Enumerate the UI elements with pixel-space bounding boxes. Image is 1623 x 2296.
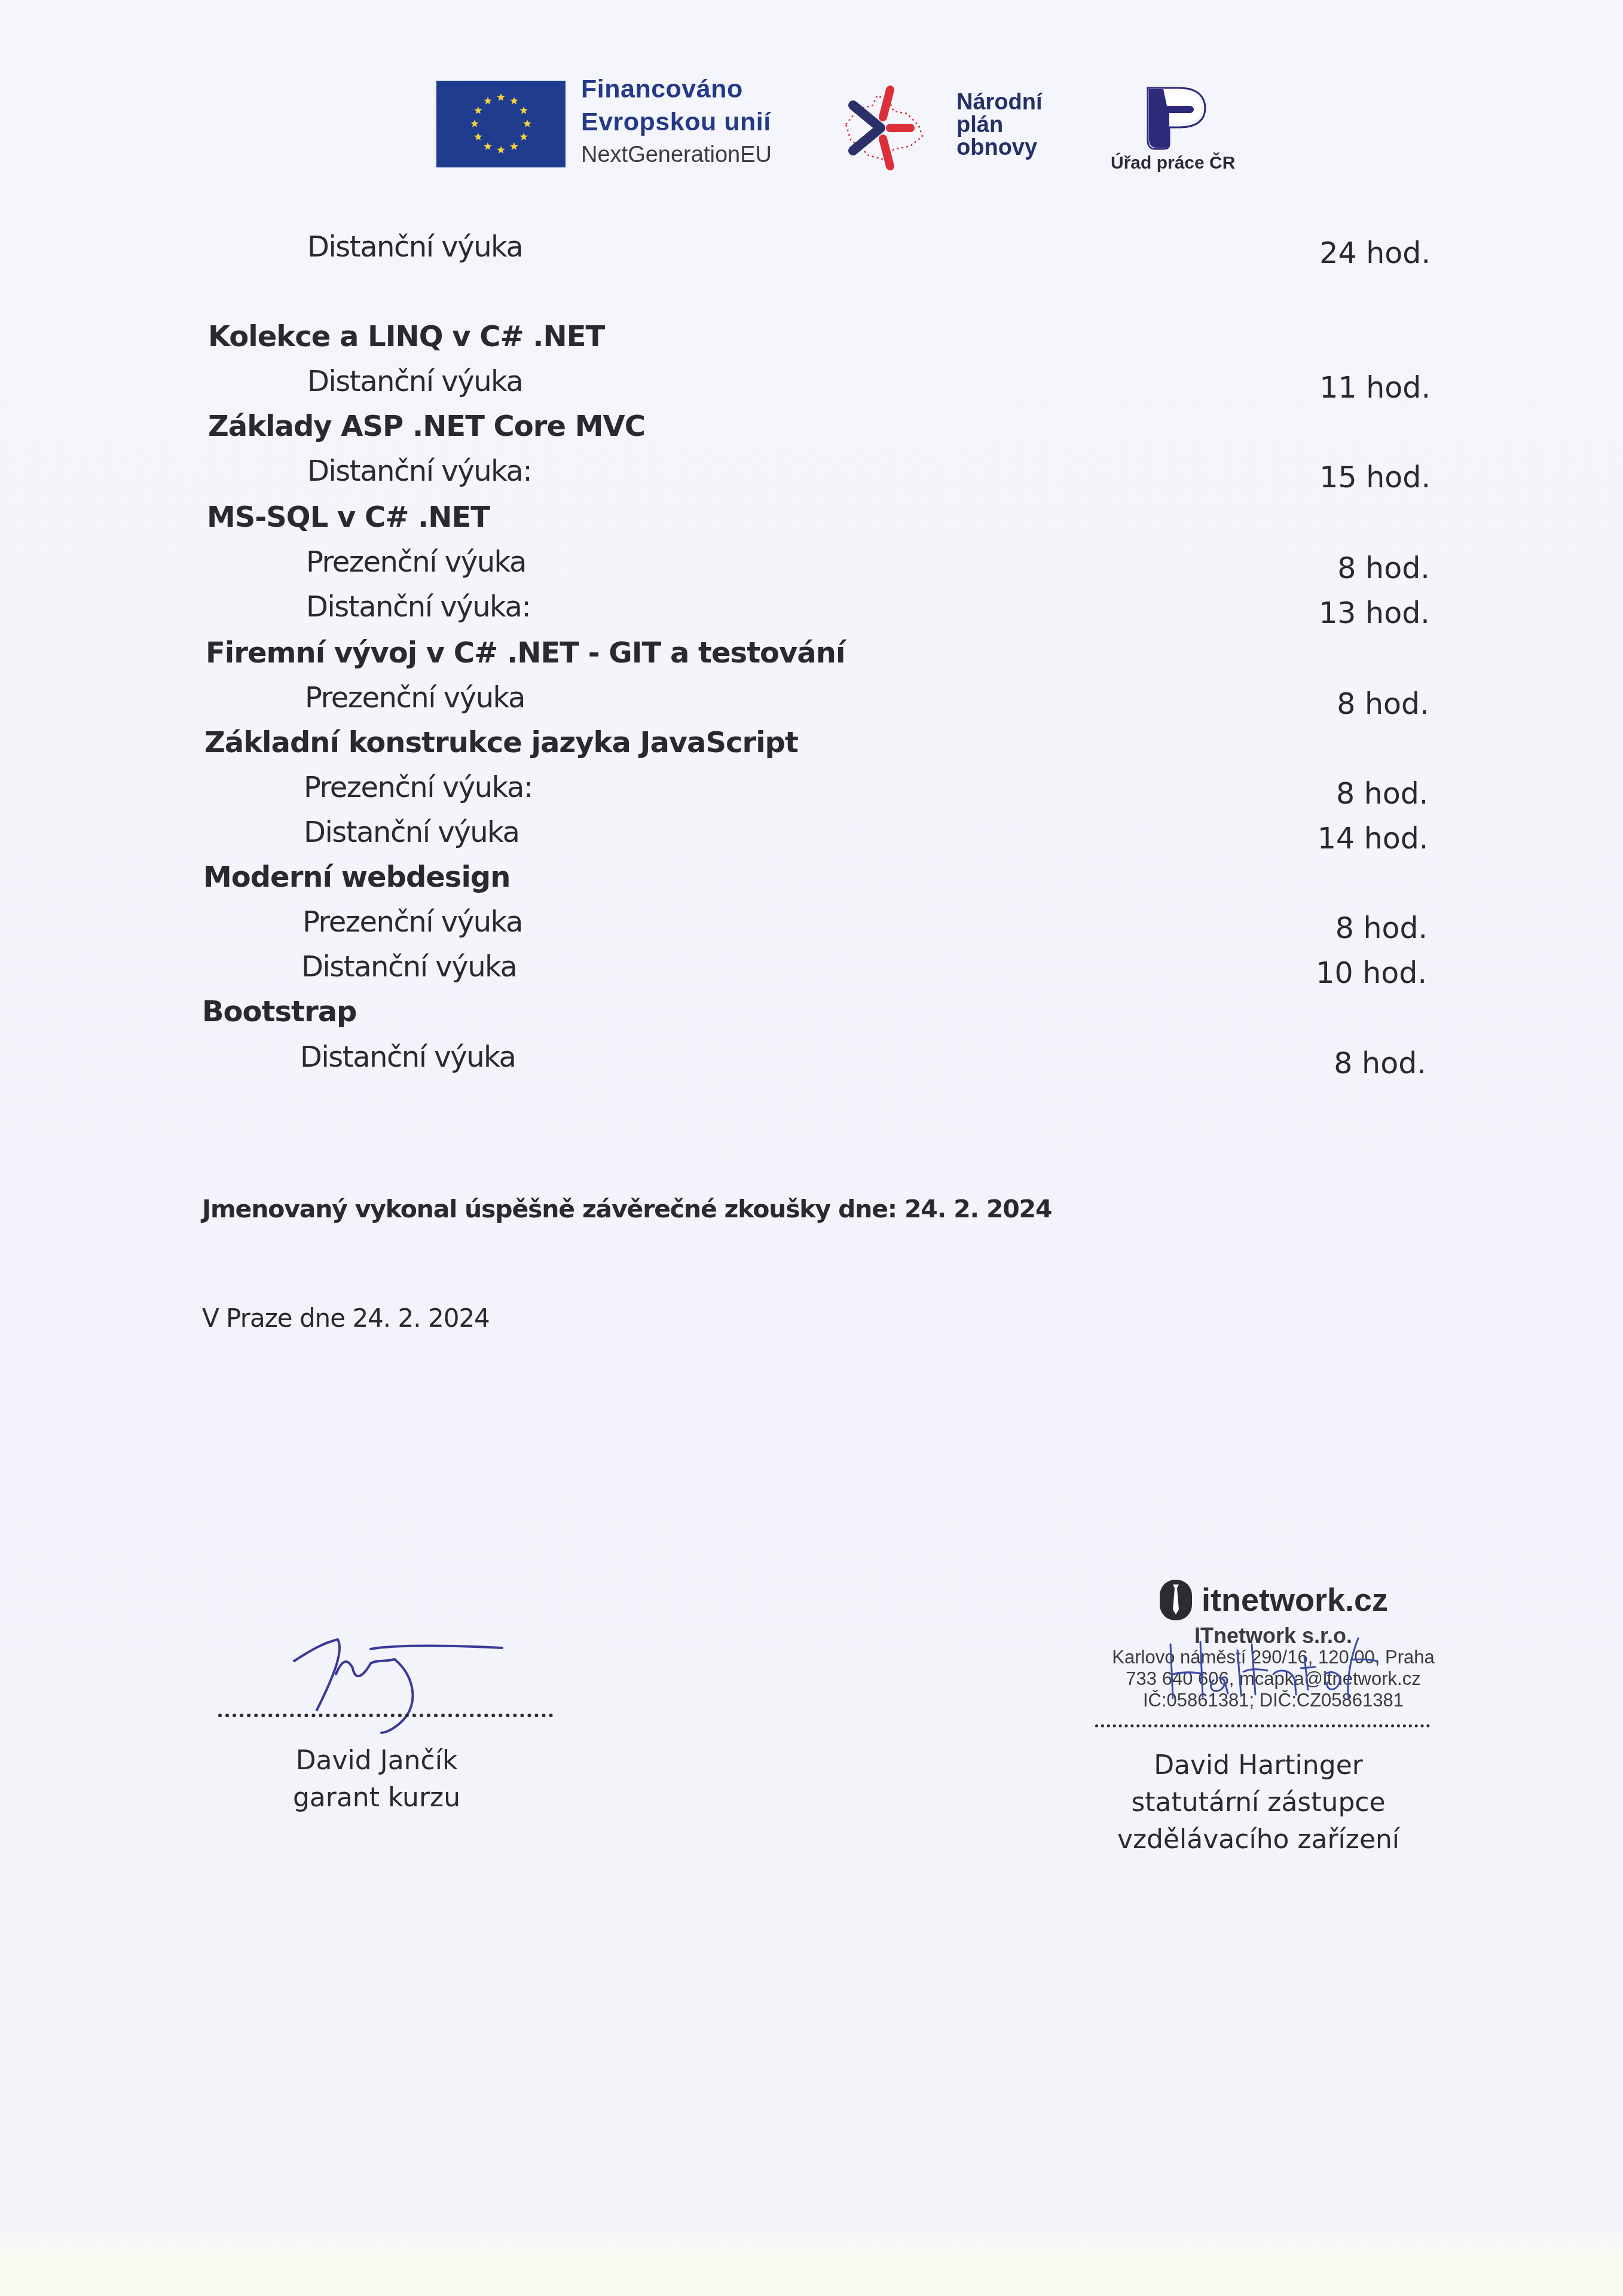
urad-prace-logo-icon — [1143, 86, 1209, 150]
signatory-right-role-2: vzdělávacího zařízení — [1070, 1821, 1447, 1858]
course-heading: Kolekce a LINQ v C# .NET — [208, 320, 604, 353]
narodni-plan-obnovy-label: Národní plán obnovy — [956, 91, 1043, 159]
lesson-type-label: Distanční výuka — [301, 950, 516, 984]
lesson-hours-value: 14 hod. — [1318, 822, 1429, 856]
handwritten-signature-jancik — [281, 1626, 508, 1734]
urad-prace-label: Úřad práce ČR — [1111, 153, 1235, 173]
course-heading: Firemní vývoj v C# .NET - GIT a testován… — [206, 636, 845, 670]
signatory-left-role: garant kurzu — [218, 1779, 535, 1816]
place-and-date: V Praze dne 24. 2. 2024 — [202, 1303, 490, 1333]
eu-line-3: NextGenerationEU — [581, 143, 772, 166]
signatory-left-name: David Jančík — [218, 1742, 535, 1779]
course-heading: Moderní webdesign — [203, 860, 510, 894]
course-heading: Bootstrap — [202, 995, 356, 1028]
lesson-type-label: Prezenční výuka — [302, 905, 522, 939]
lesson-hours-value: 13 hod. — [1319, 596, 1430, 630]
lesson-hours-value: 15 hod. — [1319, 460, 1431, 494]
lesson-type-label: Distanční výuka — [300, 1040, 515, 1074]
lesson-hours-value: 24 hod. — [1319, 236, 1431, 270]
narodni-plan-obnovy-logo-icon — [840, 83, 930, 172]
eu-line-1: Financováno — [581, 77, 772, 102]
signatory-left: David Jančík garant kurzu — [218, 1742, 535, 1816]
signatory-right-role-1: statutární zástupce — [1070, 1784, 1447, 1821]
stamp-brand: itnetwork.cz — [1088, 1578, 1459, 1622]
lesson-hours-value: 8 hod. — [1337, 687, 1429, 721]
signature-line-right — [1095, 1724, 1430, 1727]
lesson-type-label: Distanční výuka — [307, 230, 522, 264]
lesson-type-label: Distanční výuka: — [307, 454, 531, 488]
course-heading: Základy ASP .NET Core MVC — [208, 410, 645, 443]
signature-line-left — [218, 1714, 553, 1717]
lesson-hours-value: 8 hod. — [1337, 551, 1429, 585]
lesson-hours-value: 10 hod. — [1316, 956, 1427, 990]
exam-statement: Jmenovaný vykonal úspěšně závěrečné zkou… — [202, 1195, 1052, 1223]
npo-line-3: obnovy — [956, 136, 1043, 159]
eu-flag-icon — [436, 81, 566, 167]
lesson-type-label: Prezenční výuka — [305, 681, 525, 715]
lesson-hours-value: 8 hod. — [1335, 911, 1428, 945]
stamp-brand-name: itnetwork.cz — [1202, 1581, 1388, 1619]
lesson-hours-value: 11 hod. — [1319, 371, 1431, 405]
signatory-right-name: David Hartinger — [1070, 1747, 1447, 1784]
npo-line-2: plán — [956, 114, 1043, 136]
eu-line-2: Evropskou unií — [581, 109, 772, 135]
itnetwork-tie-logo-icon — [1159, 1578, 1193, 1622]
lesson-type-label: Distanční výuka — [307, 365, 522, 398]
course-heading: Základní konstrukce jazyka JavaScript — [204, 726, 798, 759]
lesson-hours-value: 8 hod. — [1334, 1046, 1426, 1080]
lesson-type-label: Distanční výuka — [304, 816, 519, 849]
lesson-type-label: Prezenční výuka: — [304, 771, 533, 804]
course-heading: MS-SQL v C# .NET — [207, 500, 490, 534]
npo-line-1: Národní — [956, 91, 1043, 114]
eu-funding-label: Financováno Evropskou unií NextGeneratio… — [581, 77, 772, 166]
lesson-type-label: Distanční výuka: — [306, 590, 530, 624]
signatory-right: David Hartinger statutární zástupce vzdě… — [1070, 1747, 1447, 1858]
handwritten-signature-hartinger — [1148, 1632, 1399, 1710]
lesson-hours-value: 8 hod. — [1336, 777, 1428, 811]
lesson-type-label: Prezenční výuka — [306, 545, 526, 579]
